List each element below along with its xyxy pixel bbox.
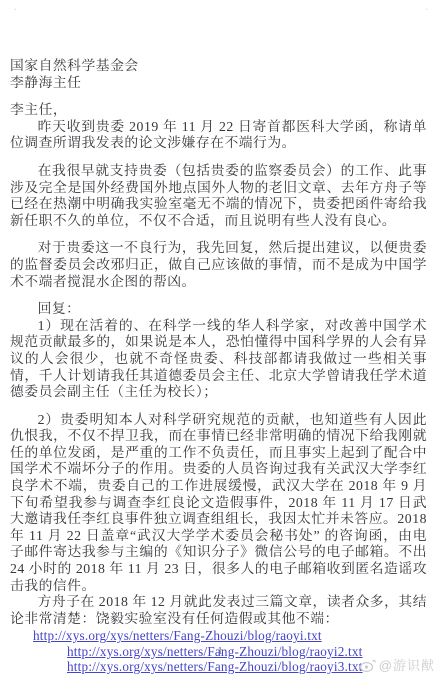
page-number: 1 xyxy=(0,645,440,657)
recipient-org: 国家自然科学基金会 xyxy=(10,58,427,75)
reply-item-1: 1）现在活着的、在科学一线的华人科学家，对改善中国学术规范贡献最多的，如果说是本… xyxy=(10,318,427,401)
paragraph-context: 在我很早就支持贵委（包括贵委的监察委员会）的工作、此事涉及完全是国外经费国外地点… xyxy=(10,163,427,229)
salutation: 李主任， xyxy=(10,102,427,119)
blank-line xyxy=(10,229,427,240)
scan-artifact: ˏ xyxy=(425,2,428,10)
link-raoyi-txt[interactable]: http://xys.org/xys/netters/Fang-Zhouzi/b… xyxy=(33,628,427,643)
paragraph-intro: 昨天收到贵委 2019 年 11 月 22 日寄首都医科大学函，称请单位调查所谓… xyxy=(10,119,427,152)
blank-line xyxy=(10,91,427,102)
scan-artifact: ˎ xyxy=(14,2,17,10)
watermark-text: @游识猷 xyxy=(379,659,435,673)
reply-item-2: 2）贵委明知本人对科学研究规范的贡献，也知道些有人因此仇恨我，不仅不捍卫我，而在… xyxy=(10,412,427,595)
letter-document: 国家自然科学基金会 李静海主任 李主任， 昨天收到贵委 2019 年 11 月 … xyxy=(10,58,427,675)
blank-line xyxy=(10,290,427,301)
paragraph-reply-intro: 对于贵委这一不良行为，我先回复，然后提出建议，以便贵委的监督委员会改邪归正，做自… xyxy=(10,240,427,290)
weibo-eye-icon xyxy=(359,659,376,673)
paragraph-conclusion: 方舟子在 2018 年 12 月就此发表过三篇文章，读者众多，其结论非常清楚：饶… xyxy=(10,594,427,627)
weibo-watermark: @游识猷 xyxy=(359,659,435,673)
blank-line xyxy=(10,152,427,163)
recipient-name: 李静海主任 xyxy=(10,75,427,92)
reply-label: 回复： xyxy=(10,301,427,318)
blank-line xyxy=(10,401,427,412)
